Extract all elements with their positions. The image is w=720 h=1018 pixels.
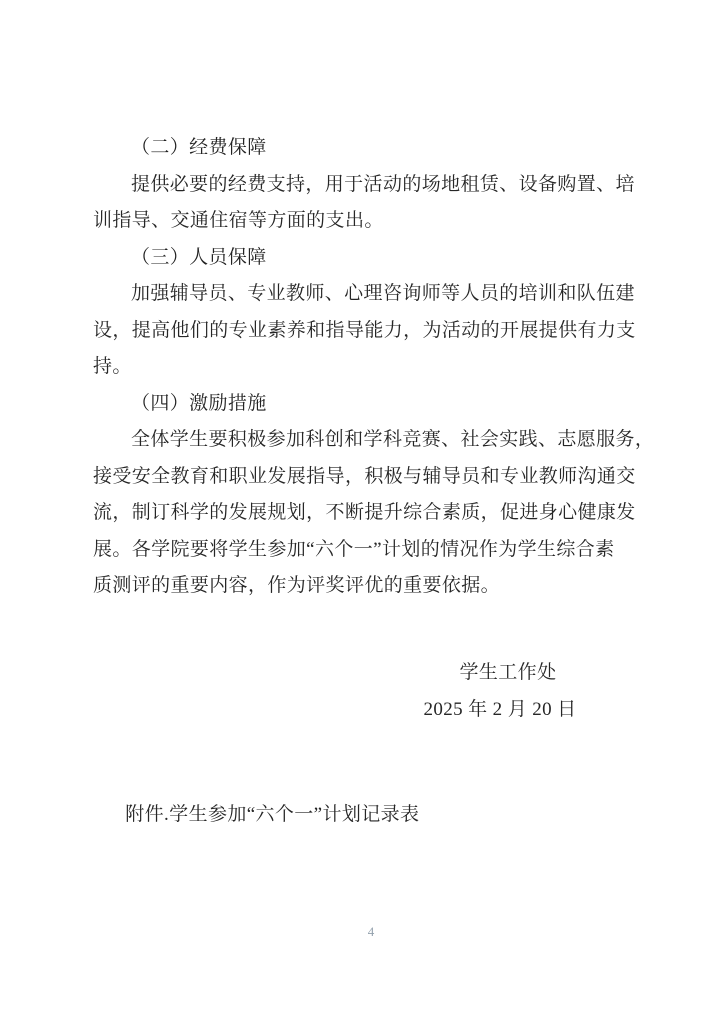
paragraph-line: 训指导、交通住宿等方面的支出。 xyxy=(93,203,630,240)
document-body: （二）经费保障提供必要的经费支持，用于活动的场地租赁、设备购置、培训指导、交通住… xyxy=(93,130,630,605)
attachment-note: 附件.学生参加“六个一”计划记录表 xyxy=(93,801,630,829)
paragraph-line: 设，提高他们的专业素养和指导能力，为活动的开展提供有力支 xyxy=(93,313,630,350)
signature-department: 学生工作处 xyxy=(460,661,557,685)
paragraph-line: 展。各学院要将学生参加“六个一”计划的情况作为学生综合素 xyxy=(93,532,630,569)
paragraph-line: 质测评的重要内容，作为评奖评优的重要依据。 xyxy=(93,568,630,605)
paragraph-line: 流，制订科学的发展规划，不断提升综合素质，促进身心健康发 xyxy=(93,495,630,532)
paragraph-line: 接受安全教育和职业发展指导，积极与辅导员和专业教师沟通交 xyxy=(93,459,630,496)
paragraph-line: 全体学生要积极参加科创和学科竞赛、社会实践、志愿服务， xyxy=(93,422,630,459)
signature-date: 2025 年 2 月 20 日 xyxy=(424,698,577,722)
document-page: （二）经费保障提供必要的经费支持，用于活动的场地租赁、设备购置、培训指导、交通住… xyxy=(0,0,720,1018)
section-heading: （四）激励措施 xyxy=(93,386,630,423)
paragraph-line: 持。 xyxy=(93,349,630,386)
paragraph-line: 提供必要的经费支持，用于活动的场地租赁、设备购置、培 xyxy=(93,167,630,204)
section-heading: （二）经费保障 xyxy=(93,130,630,167)
page-number: 4 xyxy=(368,924,375,940)
paragraph-line: 加强辅导员、专业教师、心理咨询师等人员的培训和队伍建 xyxy=(93,276,630,313)
section-heading: （三）人员保障 xyxy=(93,240,630,277)
